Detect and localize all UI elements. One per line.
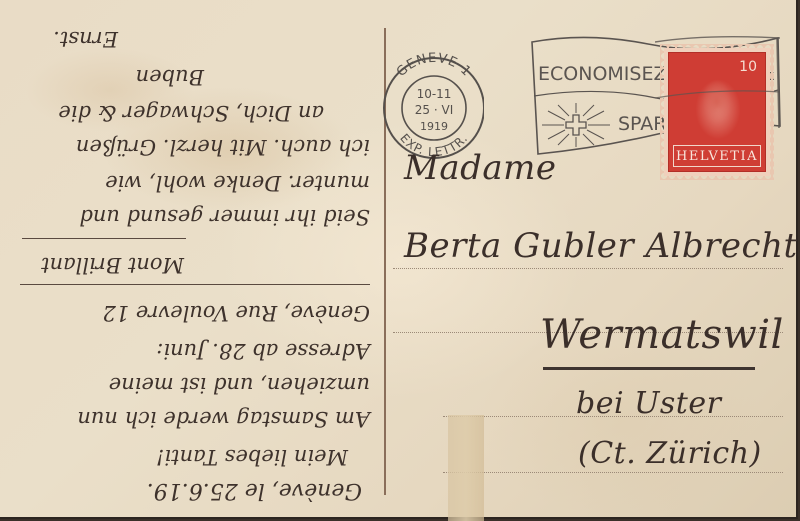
message-date: Genève, le 25.6.19. (147, 478, 362, 503)
message-line: munter. Denke wohl, wie (105, 171, 370, 195)
postcard: Genève, le 25.6.19. Mein liebes Tanti! A… (0, 0, 798, 519)
postmark-year: 1919 (420, 120, 448, 133)
address-near: bei Uster (576, 386, 721, 421)
address-recipient-name: Berta Gubler Albrecht (404, 226, 798, 266)
address-guide-line (443, 472, 783, 473)
message-line: Adresse ab 28. Juni: (156, 339, 370, 363)
message-area: Genève, le 25.6.19. Mein liebes Tanti! A… (0, 0, 384, 521)
postmark-circle: GENEVE 1 EXP. LETTR. 10-11 25 · VI 1919 (380, 42, 484, 162)
message-line: Seid ihr immer gesund und (79, 205, 370, 229)
message-line: umziehen, und ist meine (109, 373, 370, 397)
address-salutation: Madame (404, 148, 556, 188)
underline-rule (20, 284, 370, 285)
postmark-time: 10-11 (417, 87, 452, 101)
message-signature: Ernst. (53, 27, 118, 51)
message-greeting: Mein liebes Tanti! (156, 445, 348, 469)
address-canton: (Ct. Zürich) (578, 436, 762, 471)
postmark-date: 25 · VI (415, 103, 453, 117)
town-underline (543, 367, 755, 370)
message-line: Am Samstag werde ich nun (77, 407, 370, 431)
message-address-name: Mont Brillant (41, 253, 184, 277)
message-line: ich auch. Mit herzl. Grüßen (76, 135, 370, 159)
address-town: Wermatswil (540, 312, 784, 358)
tape-residue (448, 415, 484, 521)
message-line: an Dich, Schwager & die (58, 101, 324, 125)
cancel-overprint (655, 30, 785, 160)
message-new-address: Genève, Rue Voulevre 12 (102, 301, 370, 325)
message-line: Buben (136, 65, 204, 89)
address-guide-line (393, 268, 783, 269)
swiss-cross-sunburst-icon (542, 103, 610, 147)
underline-rule (22, 238, 186, 239)
